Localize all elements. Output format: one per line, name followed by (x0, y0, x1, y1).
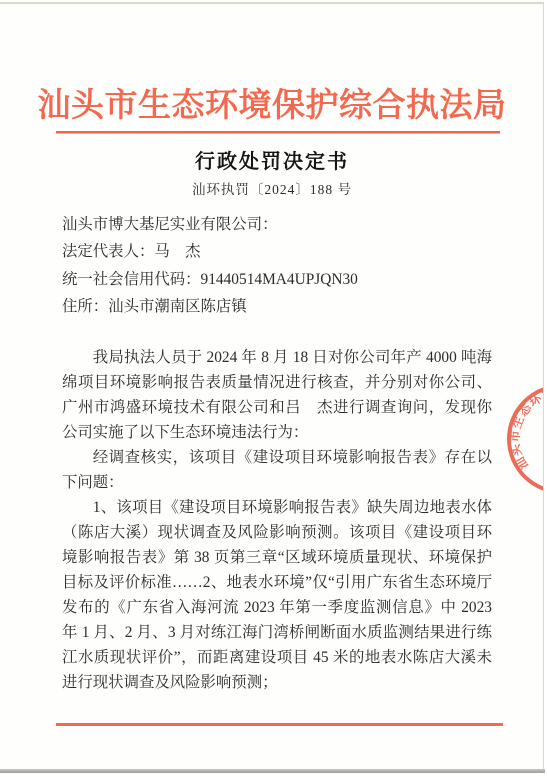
document-page: 汕头市生态环境保护综合执法局 行政处罚决定书 汕环执罚〔2024〕188 号 汕… (0, 2, 544, 769)
recipient-block: 汕头市博大基尼实业有限公司： 法定代表人：马 杰 统一社会信用代码：914405… (62, 211, 494, 321)
document-number: 汕环执罚〔2024〕188 号 (0, 178, 544, 198)
recipient-company: 汕头市博大基尼实业有限公司： (62, 211, 494, 238)
document-title: 行政处罚决定书 (0, 145, 544, 174)
document-body: 我局执法人员于 2024 年 8 月 18 日对你公司年产 4000 吨海绵项目… (62, 345, 492, 695)
agency-letterhead: 汕头市生态环境保护综合执法局 (0, 79, 544, 126)
recipient-legal-representative: 法定代表人：马 杰 (62, 238, 494, 265)
recipient-address: 住所：汕头市潮南区陈店镇 (62, 293, 494, 320)
official-seal-stamp: 汕头市生态环境保护综合执法局 (500, 377, 544, 501)
letterhead-divider (56, 131, 500, 134)
recipient-credit-code: 统一社会信用代码：91440514MA4UPJQN30 (62, 266, 494, 293)
body-paragraph-findings-intro: 经调查核实，该项目《建设项目环境影响报告表》存在以下问题： (62, 445, 492, 495)
body-paragraph-inspection: 我局执法人员于 2024 年 8 月 18 日对你公司年产 4000 吨海绵项目… (62, 345, 492, 445)
body-paragraph-issue-1: 1、该项目《建设项目环境影响报告表》缺失周边地表水体（陈店大溪）现状调查及风险影… (62, 495, 492, 695)
footer-divider (56, 723, 503, 726)
seal-text: 汕头市生态环境保护综合执法局 (500, 377, 544, 480)
scanned-document: 汕头市生态环境保护综合执法局 行政处罚决定书 汕环执罚〔2024〕188 号 汕… (0, 0, 547, 777)
scan-bottom-edge (0, 769, 545, 773)
